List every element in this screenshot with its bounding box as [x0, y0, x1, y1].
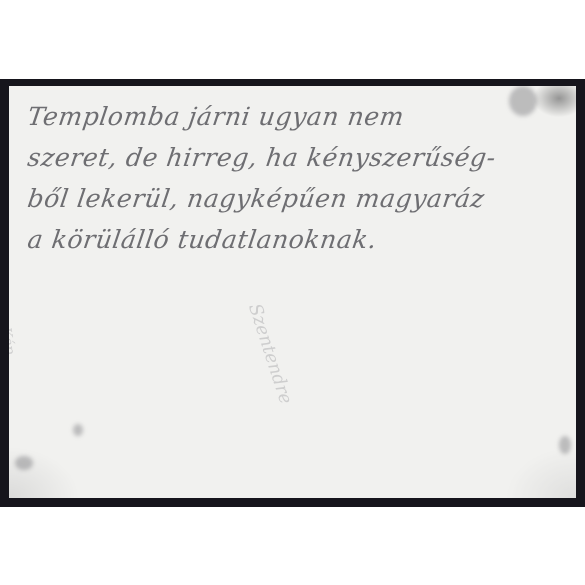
- faint-stamp-text-center: Szentendre: [244, 301, 296, 407]
- handwritten-note: Templomba járni ugyan nem szeret, de hir…: [25, 96, 570, 260]
- handwriting-line-2: szeret, de hirreg, ha kényszerűség-: [25, 137, 576, 178]
- photo-card-back: Templomba járni ugyan nem szeret, de hir…: [9, 86, 576, 498]
- bottom-right-smudge: [559, 436, 571, 454]
- faint-stamp-text-left: Kép: [9, 326, 18, 356]
- handwriting-line-1: Templomba járni ugyan nem: [25, 96, 576, 137]
- bottom-left-smudge: [15, 456, 33, 470]
- handwriting-line-4: a körülálló tudatlanoknak.: [25, 219, 576, 260]
- bottom-left-smudge-2: [73, 424, 83, 436]
- handwriting-line-3: ből lekerül, nagyképűen magyaráz: [25, 178, 576, 219]
